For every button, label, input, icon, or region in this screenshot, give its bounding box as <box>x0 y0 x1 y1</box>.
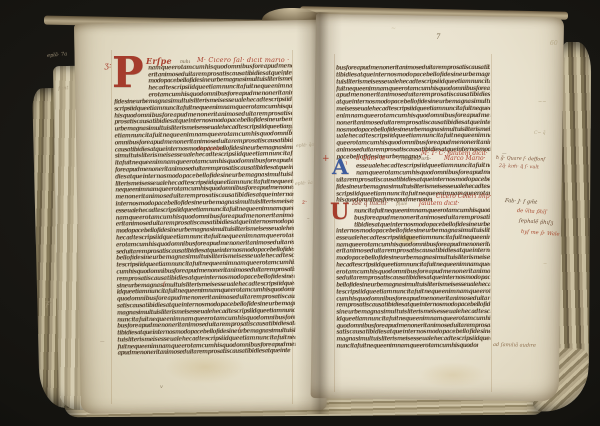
rubric-cicero-mario: M· Cıcero ſal· dıcıt marıo · <box>197 57 289 64</box>
margin-note-de-ulta: de v̄lta p̃hı̃ſ <box>517 209 547 216</box>
pen-mark-v: v <box>160 385 163 390</box>
left-main-block: fide sine urbe magna simul tuis literis … <box>114 96 296 357</box>
edge-note-faint-1: ~~ <box>538 100 546 105</box>
red-paren-1: ( <box>163 282 165 288</box>
rubric-ide-michi: Idẽ q̃ mıchı· <box>352 201 388 207</box>
edge-note-faint-3: ~ <box>543 262 547 267</box>
red-cross: + <box>322 155 330 164</box>
rubric-salutem-2: ſalutem dıcıt· <box>419 201 460 207</box>
gutter-note-epla-4: eplã· q̃a <box>296 144 314 150</box>
edge-note-faint-2: C~ q̃ <box>534 132 546 137</box>
manuscript-photo-scene: nam que ero tam cum his quod omni bus fo… <box>0 0 600 426</box>
left-rubric-indent-block: nam que ero tam cum his quod omni bus fo… <box>148 63 292 98</box>
rubric-in-romanum: ı̃ romanũ orb̃· <box>398 158 431 163</box>
line-end-flourish: ſz <box>283 72 288 77</box>
initial-p: P <box>112 55 144 92</box>
margin-note-quare: ħ g̃· Quare ſ· deffonſ <box>496 157 545 164</box>
margin-note-epistola: eplã· 7a <box>47 52 67 59</box>
paragraph-mark-red: ʒ: <box>104 61 112 70</box>
erased-mark: ~ <box>391 26 396 32</box>
right-letter2-indent-block: esse uale hec ad te scripsi idque etiam … <box>356 163 490 177</box>
gutter-note-epla-5: eplã· v̄a <box>295 182 313 188</box>
rubric-erspe: Erſpe <box>146 57 172 65</box>
rubric-marco-mario: Marco Marıo· <box>444 156 486 162</box>
gutter-dash: – <box>307 217 310 222</box>
margin-dash: — <box>100 341 105 346</box>
folio-number: 60 <box>550 41 558 47</box>
filigree-flourish: ~ <box>342 160 349 166</box>
right-letter3-block: inter nos modo pace bello fide sine urbe… <box>336 228 490 350</box>
red-inline-note: (de p̃phıſ·) <box>197 147 223 152</box>
rubric-ad-quin: d Quın· le· <box>356 156 388 162</box>
script-line: apud me non erit animo sed uita rem pro … <box>118 348 291 358</box>
script-line: nunc ita fuit neque enim nam que ero tam… <box>336 343 478 351</box>
line-end-mark: N <box>288 129 292 134</box>
margin-note-sephale: ſephalẽ p̃hıſʒ <box>519 219 554 227</box>
right-letter3-indent-block: nunc ita fuit neque enim nam que ero tam… <box>354 208 490 229</box>
initial-u: U <box>330 203 349 222</box>
quire-mark: 7 <box>436 34 440 41</box>
margin-note-sunt: ſunt <box>58 86 69 92</box>
red-paren-2: ( <box>239 326 241 332</box>
gutter-mark-red: z· <box>302 200 307 206</box>
right-letter1-block: bus fore apud me non erit animo sed uita… <box>336 64 490 160</box>
ink-layer: nam que ero tam cum his quod omni bus fo… <box>0 0 600 426</box>
rubric-interword: mıhı <box>180 61 190 66</box>
margin-note-ad-familia: ad ſamılıã audıre <box>493 343 536 349</box>
margin-note-kim: 2q̃· kım̃· q̃ ſ· vult <box>499 165 539 171</box>
pen-trial-doodle: Ŧ <box>43 301 51 311</box>
margin-note-fab: Fab· J· ſ gm̃t <box>505 199 537 206</box>
rubric-psalem: p̃ſalẽ <box>396 203 407 208</box>
margin-note-wale: hyſ me p̃· Wale <box>521 230 560 238</box>
